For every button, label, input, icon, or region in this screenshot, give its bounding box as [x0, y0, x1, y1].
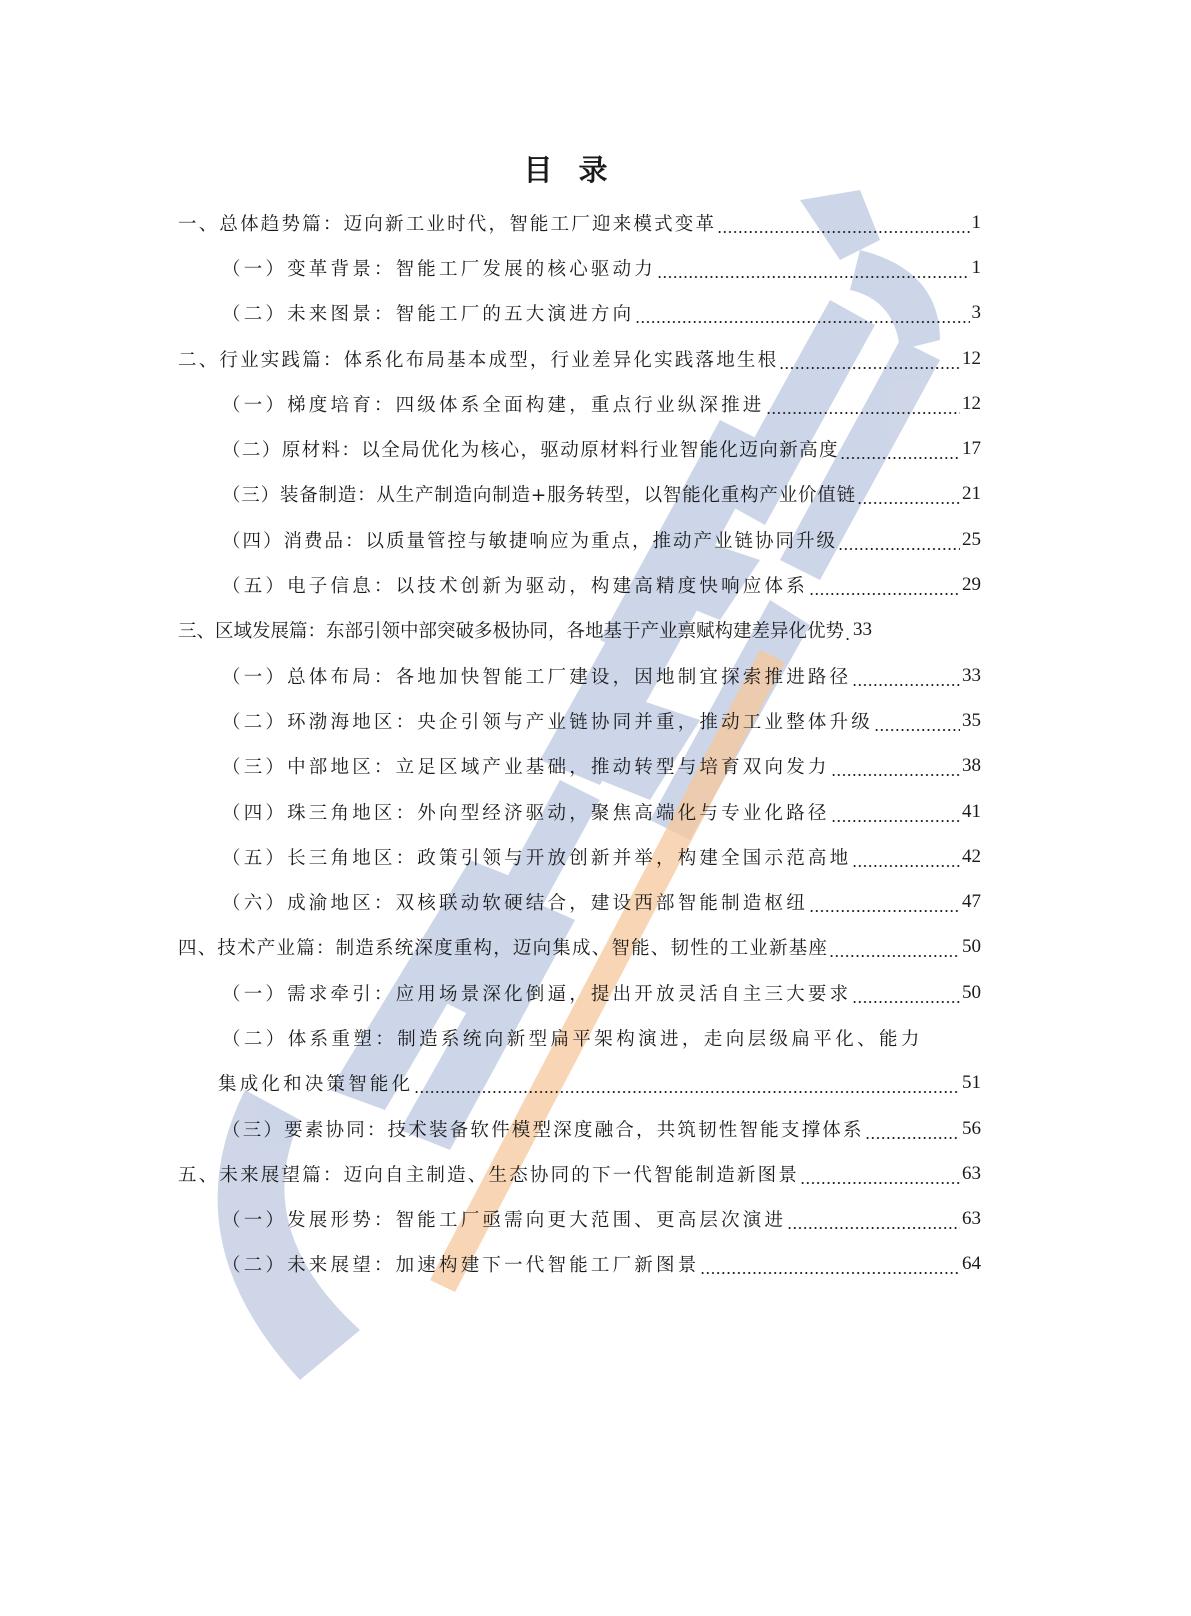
toc-entry[interactable]: （五）长三角地区：政策引领与开放创新并举，构建全国示范高地 42 [178, 834, 981, 879]
toc-entry[interactable]: （二）环渤海地区：央企引领与产业链协同并重，推动工业整体升级 35 [178, 698, 981, 743]
dot-leader [787, 1210, 960, 1230]
toc-entry-label: （一）梯度培育：四级体系全面构建，重点行业纵深推进 [222, 391, 765, 417]
dot-leader [414, 1074, 960, 1094]
toc-entry-label: （一）变革背景：智能工厂发展的核心驱动力 [222, 255, 656, 281]
toc-page-number: 29 [962, 574, 981, 596]
toc-entry-label: 二、行业实践篇：体系化布局基本成型，行业差异化实践落地生根 [178, 346, 778, 372]
toc-entry-label: （二）体系重塑：制造系统向新型扁平架构演进，走向层级扁平化、能力 [222, 1025, 923, 1051]
toc-page-number: 50 [962, 936, 981, 958]
toc-entry[interactable]: （一）梯度培育：四级体系全面构建，重点行业纵深推进 12 [178, 381, 981, 426]
dot-leader [852, 667, 960, 687]
toc-page-number: 33 [853, 619, 872, 641]
dot-leader [809, 893, 960, 913]
dot-leader [635, 304, 969, 324]
dot-leader [700, 1255, 960, 1275]
toc-entry[interactable]: 四、技术产业篇：制造系统深度重构，迈向集成、智能、韧性的工业新基座 50 [178, 925, 981, 970]
toc-entry-label: （二）环渤海地区：央企引领与产业链协同并重，推动工业整体升级 [222, 708, 873, 734]
toc-entry[interactable]: （三）装备制造：从生产制造向制造+服务转型，以智能化重构产业价值链 21 [178, 472, 981, 517]
dot-leader [838, 531, 960, 551]
toc-entry[interactable]: （二）未来展望：加速构建下一代智能工厂新图景 64 [178, 1242, 981, 1287]
dot-leader [657, 259, 969, 279]
dot-leader [779, 350, 960, 370]
dot-leader [800, 1165, 960, 1185]
toc-entry-label: （三）装备制造：从生产制造向制造+服务转型，以智能化重构产业价值链 [222, 481, 856, 507]
toc-page-number: 63 [962, 1208, 981, 1230]
dot-leader [865, 1120, 960, 1140]
toc-page-number: 12 [962, 348, 981, 370]
toc-page-number: 35 [962, 710, 981, 732]
toc-entry-label: 五、未来展望篇：迈向自主制造、生态协同的下一代智能制造新图景 [178, 1161, 799, 1187]
toc-entry[interactable]: （五）电子信息：以技术创新为驱动，构建高精度快响应体系 29 [178, 562, 981, 607]
toc-entry-label: （五）电子信息：以技术创新为驱动，构建高精度快响应体系 [222, 572, 808, 598]
toc-entry[interactable]: （一）发展形势：智能工厂亟需向更大范围、更高层次演进 63 [178, 1197, 981, 1242]
toc-page-number: 56 [962, 1118, 981, 1140]
toc-entry[interactable]: （四）珠三角地区：外向型经济驱动，聚焦高端化与专业化路径 41 [178, 789, 981, 834]
toc-entry-label: （五）长三角地区：政策引领与开放创新并举，构建全国示范高地 [222, 844, 851, 870]
dot-leader [874, 712, 960, 732]
toc-page-number: 64 [962, 1253, 981, 1275]
toc-page-number: 12 [962, 393, 981, 415]
toc-page-number: 42 [962, 846, 981, 868]
toc-entry-label: （二）未来展望：加速构建下一代智能工厂新图景 [222, 1251, 699, 1277]
toc-entry-label: （四）珠三角地区：外向型经济驱动，聚焦高端化与专业化路径 [222, 799, 830, 825]
document-page: 目录 一、总体趋势篇：迈向新工业时代，智能工厂迎来模式变革 1 （一）变革背景：… [0, 0, 1191, 1616]
toc-entry-label: （三）中部地区：立足区域产业基础，推动转型与培育双向发力 [222, 753, 830, 779]
toc-entry[interactable]: （一）总体布局：各地加快智能工厂建设，因地制宜探索推进路径 33 [178, 653, 981, 698]
toc-entry-label: （二）未来图景：智能工厂的五大演进方向 [222, 300, 634, 326]
toc-entry-label-continued: 集成化和决策智能化 [218, 1070, 413, 1096]
toc-entry[interactable]: （一）变革背景：智能工厂发展的核心驱动力 1 [178, 245, 981, 290]
table-of-contents: 一、总体趋势篇：迈向新工业时代，智能工厂迎来模式变革 1 （一）变革背景：智能工… [178, 200, 981, 1287]
toc-page-number: 38 [962, 755, 981, 777]
toc-entry-label: （三）要素协同：技术装备软件模型深度融合，共筑韧性智能支撑体系 [222, 1116, 864, 1142]
toc-entry-continuation[interactable]: 集成化和决策智能化 51 [178, 1061, 981, 1106]
toc-entry-label: （一）发展形势：智能工厂亟需向更大范围、更高层次演进 [222, 1206, 786, 1232]
dot-leader [852, 848, 960, 868]
toc-entry[interactable]: （一）需求牵引：应用场景深化倒逼，提出开放灵活自主三大要求 50 [178, 970, 981, 1015]
toc-page-number: 25 [962, 529, 981, 551]
dot-leader [829, 938, 960, 958]
toc-entry[interactable]: （三）中部地区：立足区域产业基础，推动转型与培育双向发力 38 [178, 744, 981, 789]
toc-entry-label: （六）成渝地区：双核联动软硬结合，建设西部智能制造枢纽 [222, 889, 808, 915]
toc-page-number: 41 [962, 801, 981, 823]
toc-page-number: 33 [962, 665, 981, 687]
toc-entry-label: 一、总体趋势篇：迈向新工业时代，智能工厂迎来模式变革 [178, 210, 716, 236]
dot-leader [766, 395, 960, 415]
toc-entry[interactable]: 三、区域发展篇：东部引领中部突破多极协同，各地基于产业禀赋构建差异化优势 33 [178, 608, 981, 653]
toc-entry-label: 三、区域发展篇：东部引领中部突破多极协同，各地基于产业禀赋构建差异化优势 [178, 617, 844, 643]
toc-page-number: 1 [972, 257, 982, 279]
toc-entry[interactable]: （四）消费品：以质量管控与敏捷响应为重点，推动产业链协同升级 25 [178, 517, 981, 562]
dot-leader [857, 485, 960, 505]
dot-leader [840, 440, 960, 460]
toc-page-number: 21 [962, 483, 981, 505]
toc-page-number: 3 [972, 302, 982, 324]
toc-page-number: 1 [972, 212, 982, 234]
toc-entry[interactable]: （六）成渝地区：双核联动软硬结合，建设西部智能制造枢纽 47 [178, 879, 981, 924]
toc-page-number: 63 [962, 1163, 981, 1185]
toc-entry-label: （四）消费品：以质量管控与敏捷响应为重点，推动产业链协同升级 [222, 527, 837, 553]
toc-page-number: 47 [962, 891, 981, 913]
toc-entry-label: （一）总体布局：各地加快智能工厂建设，因地制宜探索推进路径 [222, 663, 851, 689]
toc-entry-label: （一）需求牵引：应用场景深化倒逼，提出开放灵活自主三大要求 [222, 980, 851, 1006]
toc-page-number: 50 [962, 982, 981, 1004]
toc-entry[interactable]: （二）原材料：以全局优化为核心，驱动原材料行业智能化迈向新高度 17 [178, 426, 981, 471]
toc-entry[interactable]: （二）未来图景：智能工厂的五大演进方向 3 [178, 291, 981, 336]
dot-leader [831, 757, 960, 777]
page-title: 目录 [0, 148, 1157, 189]
dot-leader [845, 621, 851, 641]
toc-entry[interactable]: 五、未来展望篇：迈向自主制造、生态协同的下一代智能制造新图景 63 [178, 1151, 981, 1196]
toc-entry-label: （二）原材料：以全局优化为核心，驱动原材料行业智能化迈向新高度 [222, 436, 839, 462]
dot-leader [717, 214, 969, 234]
toc-entry-label: 四、技术产业篇：制造系统深度重构，迈向集成、智能、韧性的工业新基座 [178, 934, 828, 960]
dot-leader [852, 984, 960, 1004]
toc-entry-multiline[interactable]: （二）体系重塑：制造系统向新型扁平架构演进，走向层级扁平化、能力 [178, 1015, 981, 1060]
toc-page-number: 51 [962, 1072, 981, 1094]
toc-entry[interactable]: 二、行业实践篇：体系化布局基本成型，行业差异化实践落地生根 12 [178, 336, 981, 381]
toc-entry[interactable]: （三）要素协同：技术装备软件模型深度融合，共筑韧性智能支撑体系 56 [178, 1106, 981, 1151]
dot-leader [809, 576, 960, 596]
toc-entry[interactable]: 一、总体趋势篇：迈向新工业时代，智能工厂迎来模式变革 1 [178, 200, 981, 245]
dot-leader [831, 803, 960, 823]
toc-page-number: 17 [962, 438, 981, 460]
